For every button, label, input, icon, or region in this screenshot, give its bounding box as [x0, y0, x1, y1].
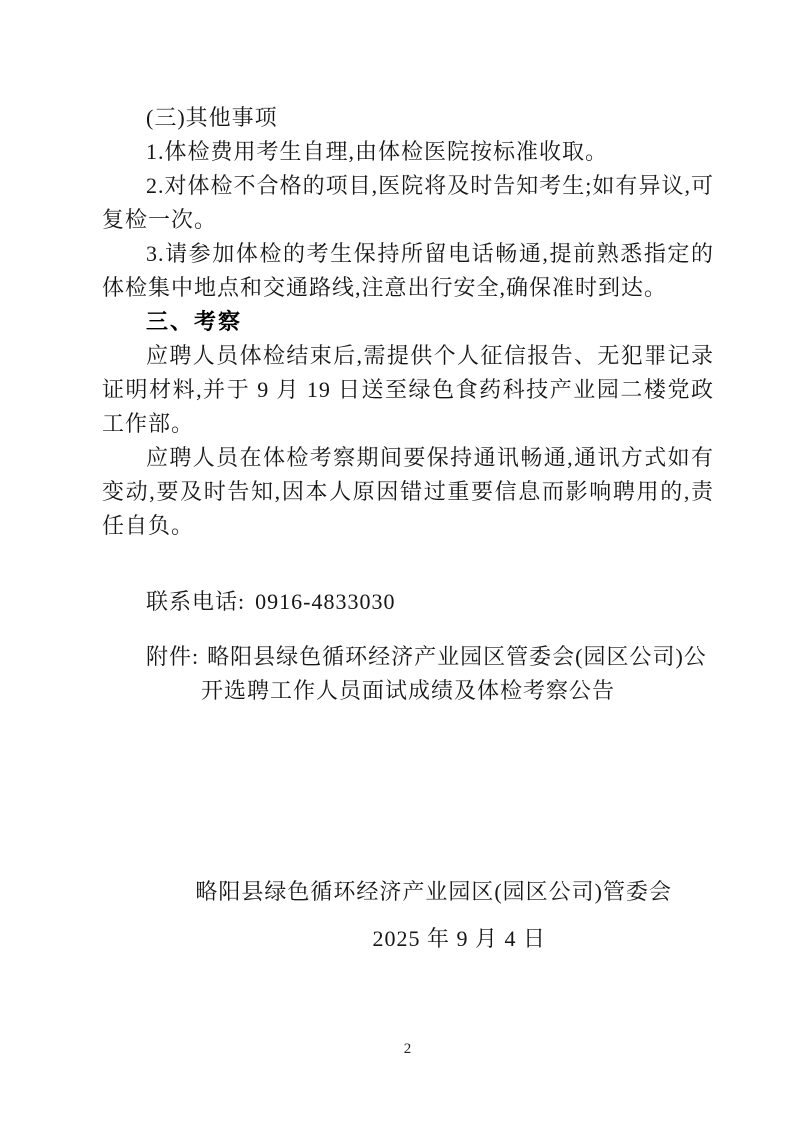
contact-label: 联系电话:: [146, 589, 245, 614]
attachment-line-1: 附件:略阳县绿色循环经济产业园区管委会(园区公司)公: [102, 640, 714, 674]
inspection-paragraph-1: 应聘人员体检结束后,需提供个人征信报告、无犯罪记录证明材料,并于 9 月 19 …: [102, 339, 714, 441]
other-matters-item-2: 2.对体检不合格的项目,医院将及时告知考生;如有异议,可复检一次。: [102, 169, 714, 237]
other-matters-item-3: 3.请参加体检的考生保持所留电话畅通,提前熟悉指定的体检集中地点和交通路线,注意…: [102, 237, 714, 305]
page-number: 2: [0, 1038, 793, 1060]
contact-line: 联系电话:0916-4833030: [102, 585, 714, 619]
other-matters-item-1: 1.体检费用考生自理,由体检医院按标准收取。: [102, 135, 714, 169]
page-number-value: 2: [404, 1041, 412, 1057]
document-body: (三)其他事项 1.体检费用考生自理,由体检医院按标准收取。 2.对体检不合格的…: [102, 101, 714, 956]
attachment-title-line-2: 开选聘工作人员面试成绩及体检考察公告: [102, 674, 714, 708]
section-heading-other-matters: (三)其他事项: [102, 101, 714, 135]
signature-date: 2025 年 9 月 4 日: [102, 922, 714, 956]
attachment-label: 附件:: [146, 644, 207, 669]
contact-phone: 0916-4833030: [245, 589, 395, 614]
inspection-paragraph-2: 应聘人员在体检考察期间要保持通讯畅通,通讯方式如有变动,要及时告知,因本人原因错…: [102, 441, 714, 543]
section-heading-inspection: 三、考察: [102, 305, 714, 339]
signature-issuer: 略阳县绿色循环经济产业园区(园区公司)管委会: [102, 875, 714, 909]
document-page: (三)其他事项 1.体检费用考生自理,由体检医院按标准收取。 2.对体检不合格的…: [0, 0, 793, 1122]
attachment-title-line-1: 略阳县绿色循环经济产业园区管委会(园区公司)公: [207, 644, 707, 669]
